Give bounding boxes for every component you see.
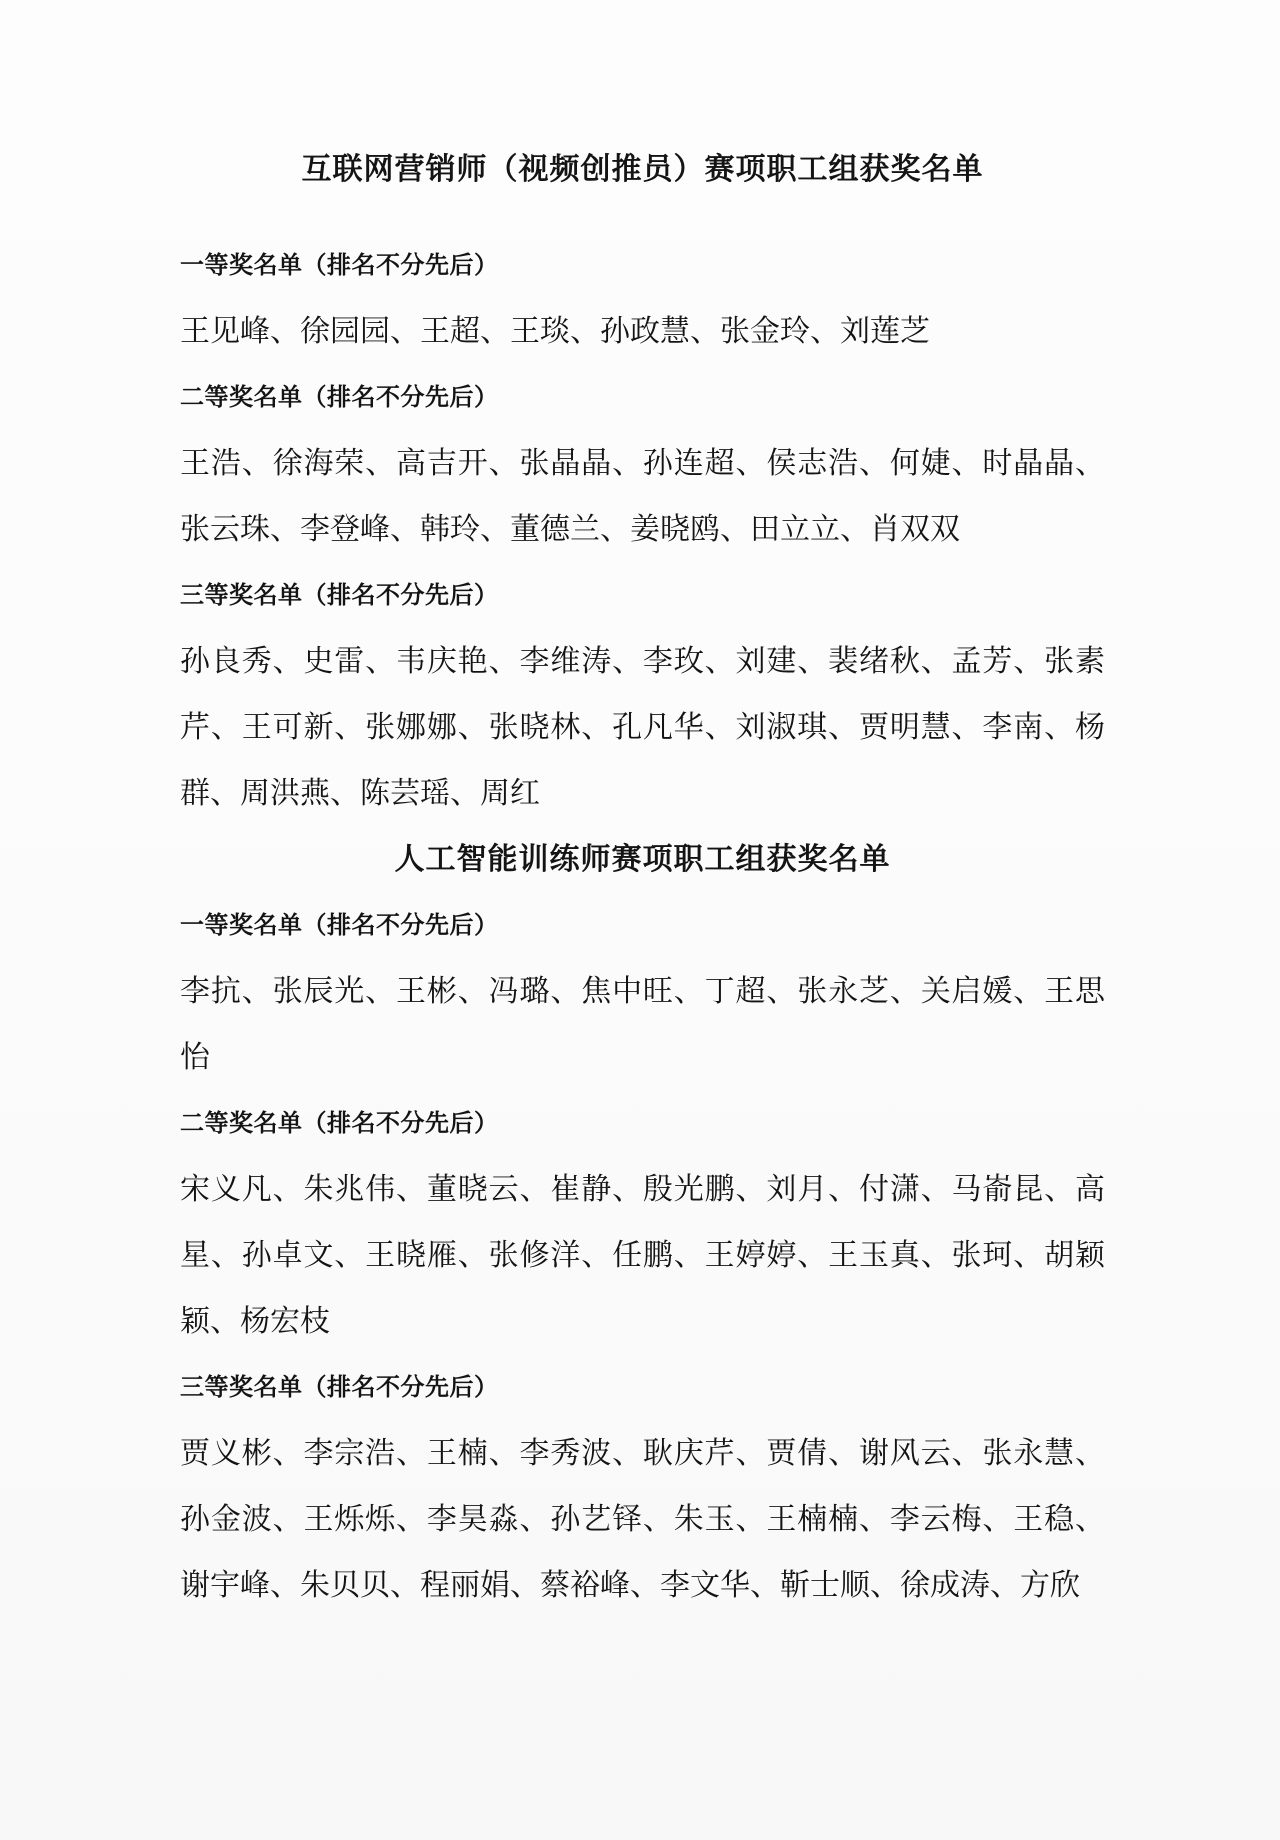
- first-prize-heading: 一等奖名单（排名不分先后）: [180, 893, 1105, 959]
- section-ai-trainer: 人工智能训练师赛项职工组获奖名单 一等奖名单（排名不分先后） 李抗、张辰光、王彬…: [180, 827, 1105, 1619]
- first-prize-names: 李抗、张辰光、王彬、冯璐、焦中旺、丁超、张永芝、关启媛、王思怡: [180, 959, 1105, 1091]
- third-prize-names: 孙良秀、史雷、韦庆艳、李维涛、李玫、刘建、裴绪秋、孟芳、张素芹、王可新、张娜娜、…: [180, 629, 1105, 827]
- document-page: 互联网营销师（视频创推员）赛项职工组获奖名单 一等奖名单（排名不分先后） 王见峰…: [0, 0, 1280, 1840]
- third-prize-names: 贾义彬、李宗浩、王楠、李秀波、耿庆芹、贾倩、谢风云、张永慧、孙金波、王烁烁、李昊…: [180, 1421, 1105, 1619]
- second-prize-names: 王浩、徐海荣、高吉开、张晶晶、孙连超、侯志浩、何婕、时晶晶、张云珠、李登峰、韩玲…: [180, 431, 1105, 563]
- section-internet-marketer: 互联网营销师（视频创推员）赛项职工组获奖名单 一等奖名单（排名不分先后） 王见峰…: [180, 137, 1105, 827]
- third-prize-heading: 三等奖名单（排名不分先后）: [180, 1355, 1105, 1421]
- second-prize-heading: 二等奖名单（排名不分先后）: [180, 365, 1105, 431]
- section-title-ai-trainer: 人工智能训练师赛项职工组获奖名单: [180, 827, 1105, 893]
- third-prize-heading: 三等奖名单（排名不分先后）: [180, 563, 1105, 629]
- second-prize-names: 宋义凡、朱兆伟、董晓云、崔静、殷光鹏、刘月、付潇、马嵛昆、高星、孙卓文、王晓雁、…: [180, 1157, 1105, 1355]
- section-title-internet-marketer: 互联网营销师（视频创推员）赛项职工组获奖名单: [180, 137, 1105, 203]
- second-prize-heading: 二等奖名单（排名不分先后）: [180, 1091, 1105, 1157]
- first-prize-names: 王见峰、徐园园、王超、王琰、孙政慧、张金玲、刘莲芝: [180, 299, 1105, 365]
- first-prize-heading: 一等奖名单（排名不分先后）: [180, 233, 1105, 299]
